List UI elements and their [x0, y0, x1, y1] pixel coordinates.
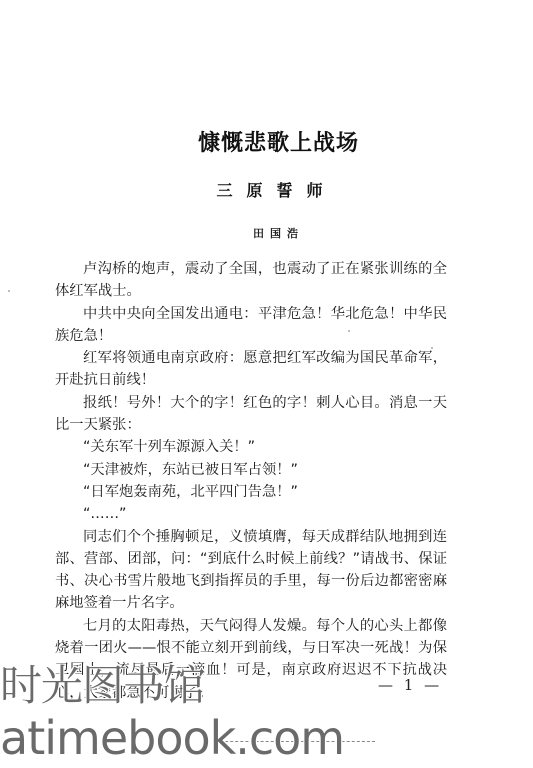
chapter-title: 慷慨悲歌上战场 [12, 131, 533, 157]
watermark-url: atimebook.com [0, 712, 344, 764]
book-page: 慷慨悲歌上战场 三原誓师 田国浩 卢沟桥的炮声，震动了全国，也震动了正在紧张训练… [0, 0, 533, 768]
body-text: 卢沟桥的炮声，震动了全国，也震动了正在紧张训练的全体红军战士。 中共中央向全国发… [55, 258, 447, 704]
paragraph: “关东军十列车源源入关！” [55, 436, 447, 458]
page-number: — 1 — [378, 676, 442, 694]
paragraph: 中共中央向全国发出通电：平津危急！华北危急！中华民族危急！ [55, 303, 447, 348]
paragraph: “……” [55, 503, 447, 525]
section-title: 三原誓师 [10, 181, 533, 201]
paragraph: “日军炮轰南苑，北平四门告急！” [55, 481, 447, 503]
scan-speck [348, 330, 350, 332]
paragraph: 报纸！号外！大个的字！红色的字！刺人心目。消息一天比一天紧张： [55, 392, 447, 437]
scan-speck [8, 290, 10, 292]
paragraph: 红军将领通电南京政府：愿意把红军改编为国民革命军，开赴抗日前线！ [55, 347, 447, 392]
paragraph: “天津被炸，东站已被日军占领！” [55, 459, 447, 481]
watermark-site-name: 时光图书馆 [0, 662, 205, 710]
paragraph: 卢沟桥的炮声，震动了全国，也震动了正在紧张训练的全体红军战士。 [55, 258, 447, 303]
author-name: 田国浩 [12, 227, 533, 241]
paragraph: 同志们个个捶胸顿足，义愤填膺，每天成群结队地拥到连部、营部、团部，问：“到底什么… [55, 526, 447, 615]
scan-speck [431, 347, 433, 349]
